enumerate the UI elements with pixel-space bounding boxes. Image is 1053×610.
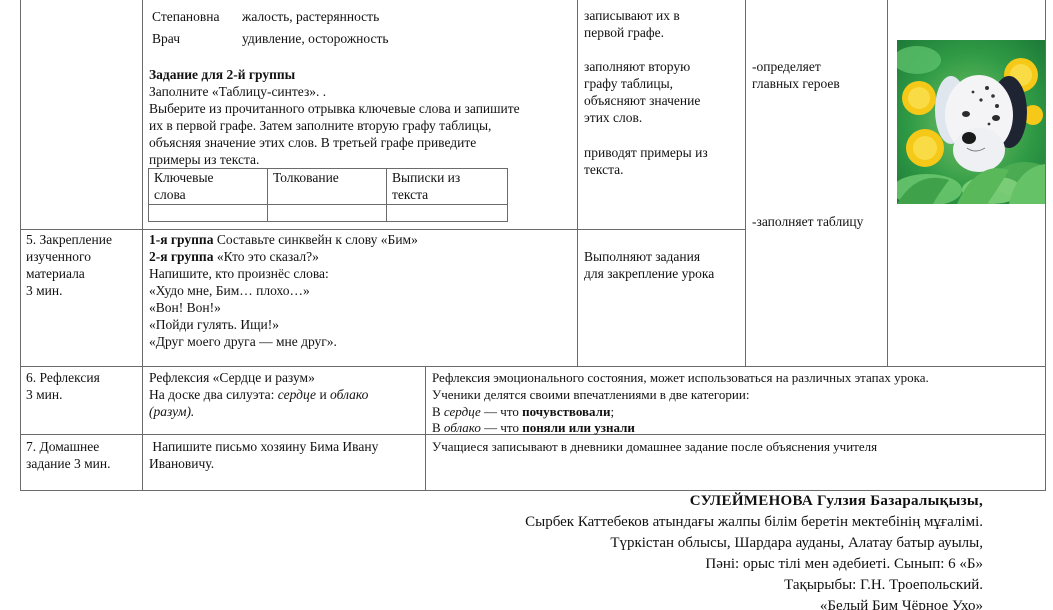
stage-label: 5. Закрепление xyxy=(26,231,112,248)
task-line: Выберите из прочитанного отрывка ключевы… xyxy=(149,100,520,117)
synthesis-cell[interactable] xyxy=(268,205,387,222)
dog-illustration xyxy=(897,40,1045,204)
author-info: Түркістан облысы, Шардара ауданы, Алатау… xyxy=(610,532,983,554)
quote-line: «Худо мне, Бим… плохо…» xyxy=(149,282,310,299)
cloud-word: облако xyxy=(330,387,368,402)
text: — что xyxy=(481,404,522,419)
table-border xyxy=(1045,0,1046,490)
task-line: примеры из текста. xyxy=(149,151,259,168)
student-action: первой графе. xyxy=(584,24,664,41)
header-text: текста xyxy=(392,187,428,202)
teacher-action: -определяет xyxy=(752,58,821,75)
group1-text: Составьте синквейн к слову «Бим» xyxy=(217,232,418,247)
activity-line: На доске два силуэта: сердце и облако xyxy=(149,386,368,403)
author-name: СУЛЕЙМЕНОВА Гулзия Базаралықызы, xyxy=(690,490,983,512)
reflection-cloud-line: В облако — что поняли или узнали xyxy=(432,419,635,436)
dog-with-dandelions-icon xyxy=(897,40,1045,204)
student-action: объясняют значение xyxy=(584,92,700,109)
quote-line: «Пойди гулять. Ищи!» xyxy=(149,316,279,333)
text: ; xyxy=(610,404,614,419)
quote-line: «Друг моего друга — мне друг». xyxy=(149,333,337,350)
text: В xyxy=(432,420,444,435)
reflection-heart-line: В сердце — что почувствовали; xyxy=(432,403,614,420)
author-info: Тақырыбы: Г.Н. Троепольский. xyxy=(784,574,983,596)
group1-label: 1-я группа xyxy=(149,232,213,247)
activity-title: Рефлексия «Сердце и разум» xyxy=(149,369,315,386)
student-action: приводят примеры из xyxy=(584,144,708,161)
task-line: Заполните «Таблицу-синтез». . xyxy=(149,83,326,100)
author-info: Пәні: орыс тілі мен әдебиеті. Сынып: 6 «… xyxy=(705,553,983,575)
header-text: Толкование xyxy=(273,170,339,185)
character-name: Степановна xyxy=(152,8,220,25)
synthesis-table: Ключевые слова Толкование Выписки из тек… xyxy=(148,168,508,222)
heart-word: сердце xyxy=(278,387,316,402)
column-divider xyxy=(425,366,426,490)
column-divider xyxy=(887,0,888,366)
character-name: Врач xyxy=(152,30,180,47)
row-divider xyxy=(20,229,745,230)
reflection-description: Рефлексия эмоционального состояния, може… xyxy=(432,369,929,386)
quote-line: «Вон! Вон!» xyxy=(149,299,221,316)
stage-label: задание 3 мин. xyxy=(26,455,111,472)
student-action: текста. xyxy=(584,161,624,178)
group2-task: 2-я группа «Кто это сказал?» xyxy=(149,248,319,265)
heart-bold: почувствовали xyxy=(522,404,610,419)
table-border xyxy=(20,0,21,490)
author-info: «Белый Бим Чёрное Ухо» xyxy=(820,595,983,610)
author-info: Сырбек Каттебеков атындағы жалпы білім б… xyxy=(525,511,983,533)
character-feelings: удивление, осторожность xyxy=(242,30,389,47)
homework-task: Ивановичу. xyxy=(149,455,214,472)
student-action: графу таблицы, xyxy=(584,75,673,92)
reflection-description: Ученики делятся своими впечатлениями в д… xyxy=(432,386,749,403)
text: — что xyxy=(481,420,522,435)
homework-task: Напишите письмо хозяину Бима Ивану xyxy=(149,438,378,455)
column-divider xyxy=(745,0,746,366)
cloud-bold: поняли или узнали xyxy=(522,420,635,435)
header-text: Выписки из xyxy=(392,170,460,185)
activity-text: и xyxy=(316,387,330,402)
synthesis-cell[interactable] xyxy=(387,205,508,222)
stage-label: изученного xyxy=(26,248,91,265)
column-divider xyxy=(577,0,578,366)
stage-label: 3 мин. xyxy=(26,386,63,403)
student-action: заполняют вторую xyxy=(584,58,690,75)
stage-label: 7. Домашнее xyxy=(26,438,99,455)
synthesis-header-quotes: Выписки из текста xyxy=(387,169,508,205)
student-action: записывают их в xyxy=(584,7,680,24)
group1-task: 1-я группа Составьте синквейн к слову «Б… xyxy=(149,231,418,248)
cloud-word: облако xyxy=(444,420,481,435)
quote-line: Напишите, кто произнёс слова: xyxy=(149,265,329,282)
student-action: для закрепление урока xyxy=(584,265,714,282)
character-feelings: жалость, растерянность xyxy=(242,8,379,25)
task-group2-title: Задание для 2-й группы xyxy=(149,66,295,83)
synthesis-header-keywords: Ключевые слова xyxy=(149,169,268,205)
student-action: Выполняют задания xyxy=(584,248,700,265)
header-text: слова xyxy=(154,187,186,202)
stage-label: материала xyxy=(26,265,85,282)
teacher-action: -заполняет таблицу xyxy=(752,213,863,230)
row-divider xyxy=(20,366,1046,367)
stage-label: 3 мин. xyxy=(26,282,63,299)
activity-text: На доске два силуэта: xyxy=(149,387,278,402)
group2-text: «Кто это сказал?» xyxy=(217,249,319,264)
heart-word: сердце xyxy=(444,404,481,419)
synthesis-header-interpretation: Толкование xyxy=(268,169,387,205)
activity-line: (разум). xyxy=(149,403,194,420)
column-divider xyxy=(142,0,143,490)
text: В xyxy=(432,404,444,419)
student-action: этих слов. xyxy=(584,109,642,126)
group2-label: 2-я группа xyxy=(149,249,213,264)
header-text: Ключевые xyxy=(154,170,214,185)
task-line: их в первой графе. Затем заполните втору… xyxy=(149,117,491,134)
stage-label: 6. Рефлексия xyxy=(26,369,100,386)
task-line: объясняя значение этих слов. В третьей г… xyxy=(149,134,476,151)
mind-word: (разум). xyxy=(149,404,194,419)
synthesis-cell[interactable] xyxy=(149,205,268,222)
teacher-action: главных героев xyxy=(752,75,840,92)
homework-description: Учащиеся записывают в дневники домашнее … xyxy=(432,438,877,455)
